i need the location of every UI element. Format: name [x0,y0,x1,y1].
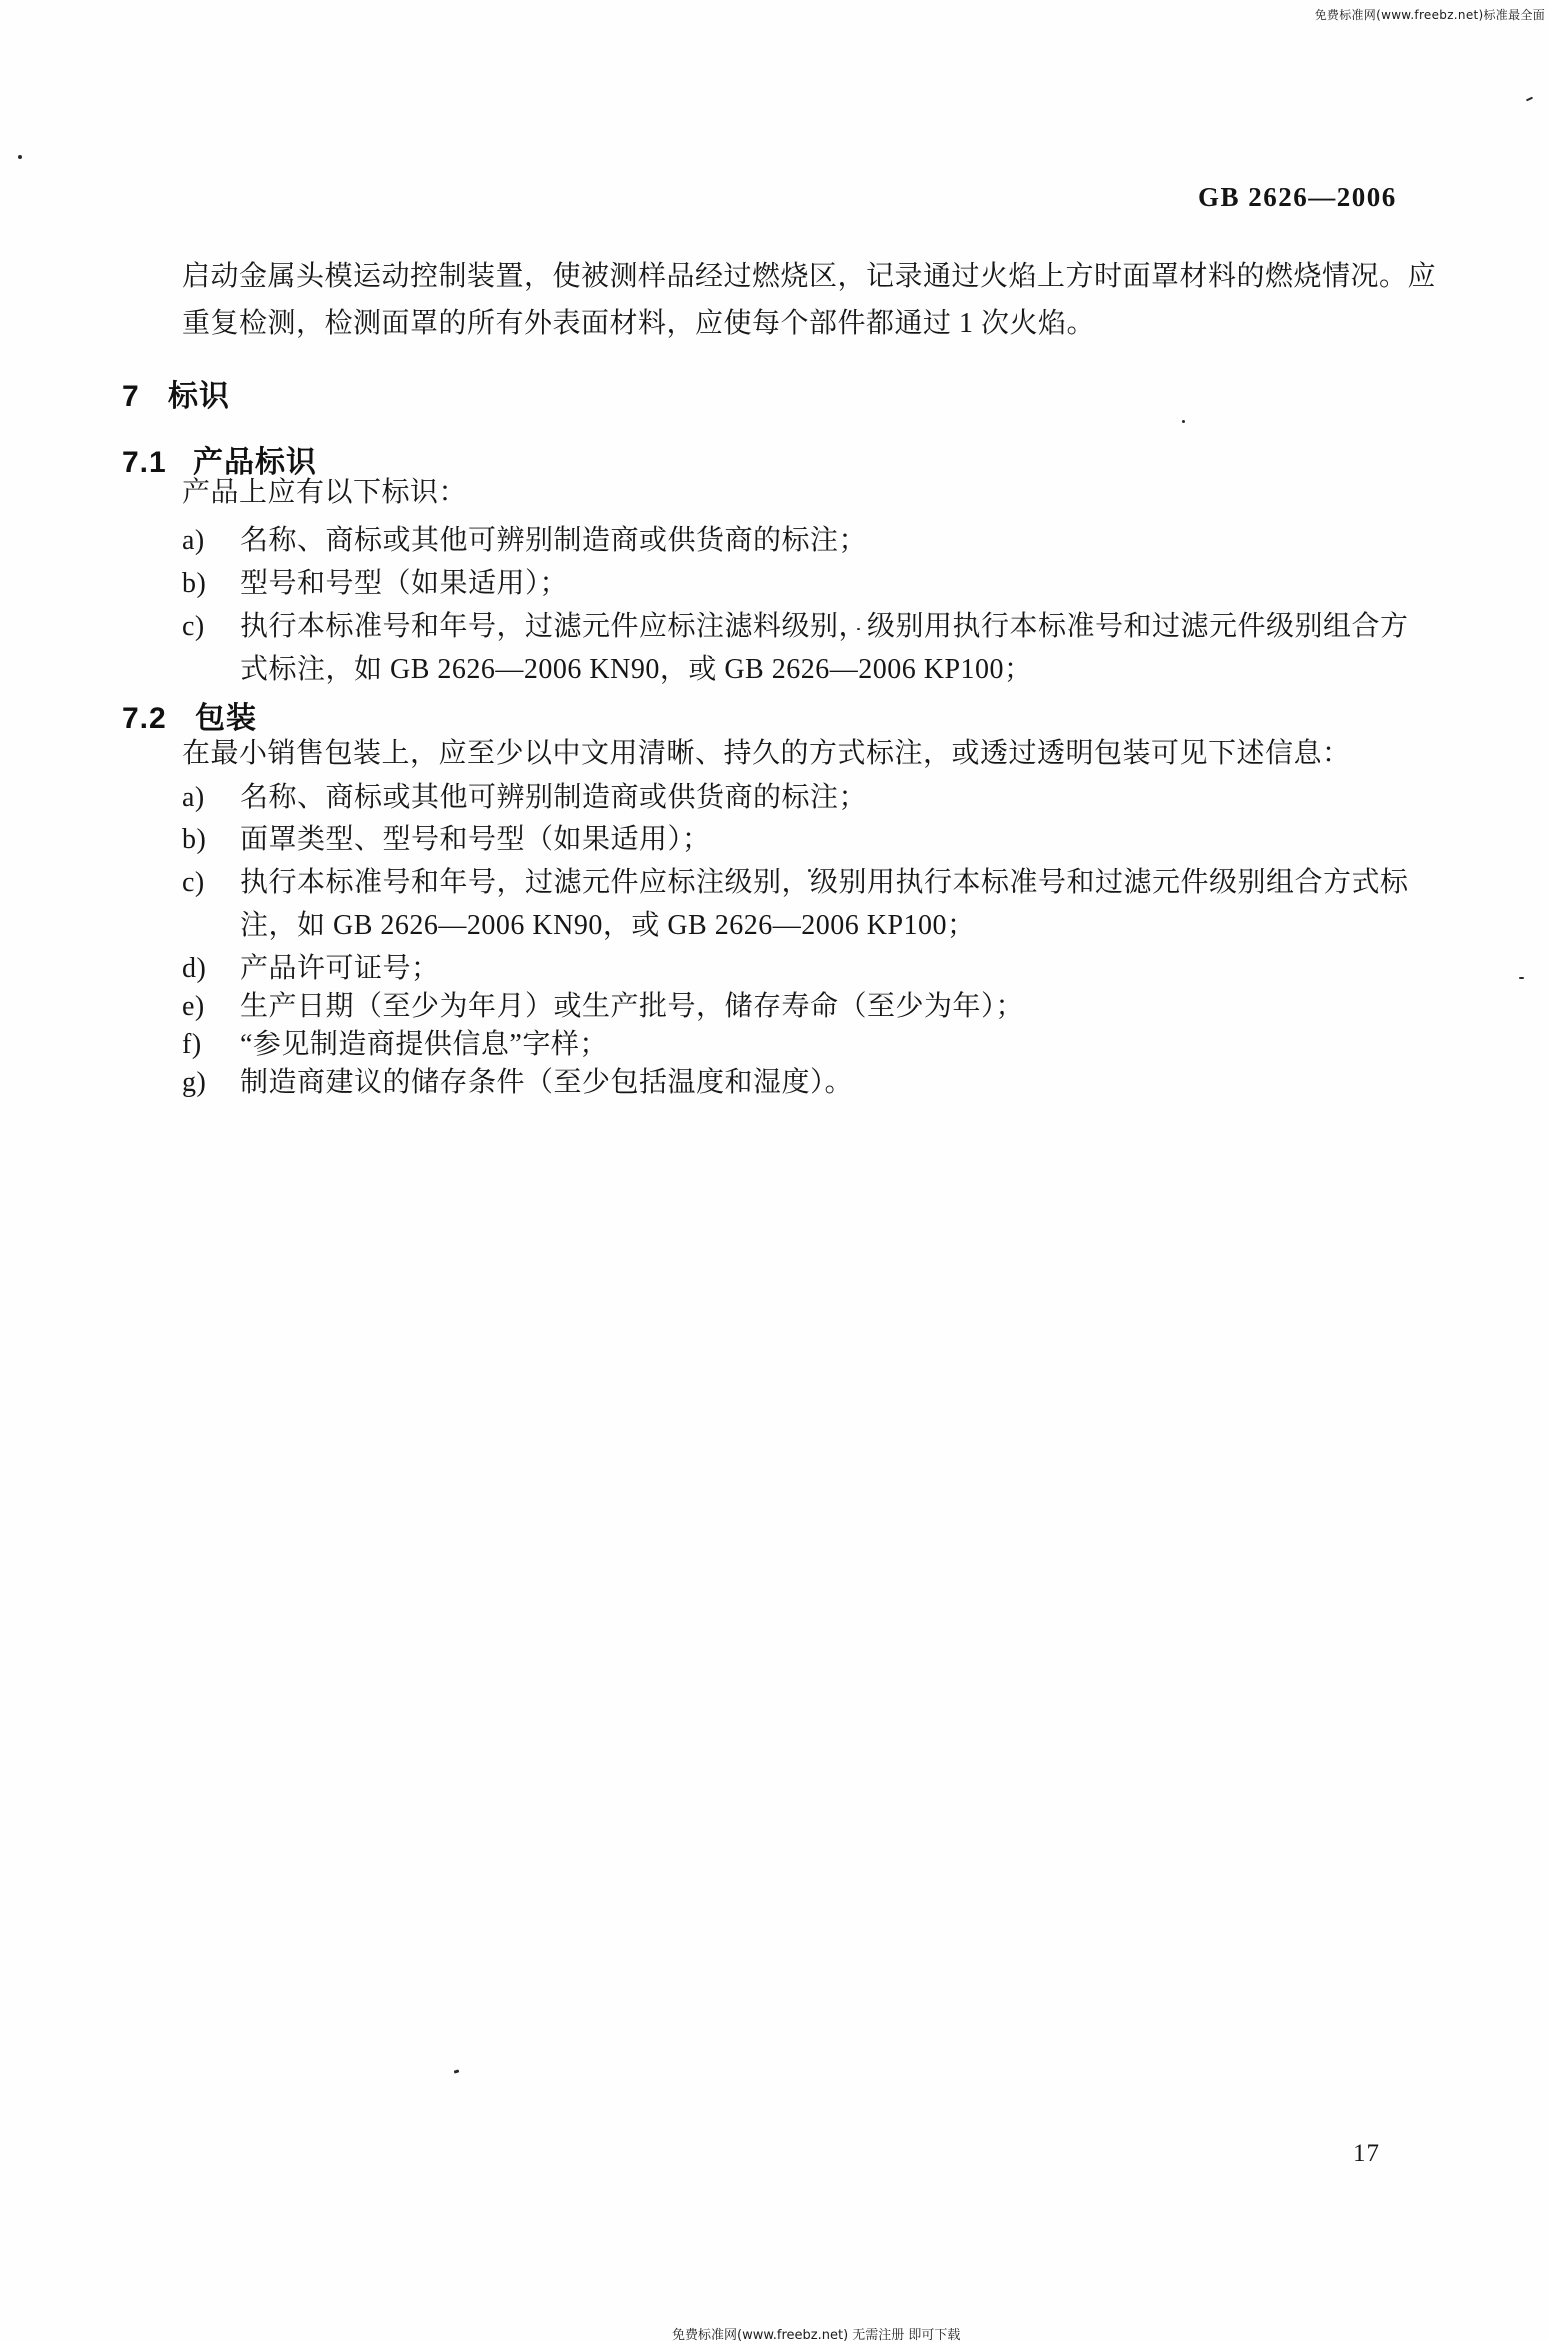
page-number: 17 [1353,2140,1380,2168]
item-label: g) [182,1061,240,1104]
list-item-7-2-d: d) 产品许可证号； [182,947,1444,990]
item-label: a) [182,776,240,819]
item-label: b) [182,562,240,605]
clause-7-2-number: 7.2 [122,702,195,736]
section-7-title: 标识 [168,380,230,413]
item-text: 执行本标准号和年号，过滤元件应标注滤料级别，级别用执行本标准号和过滤元件级别组合… [240,605,1444,648]
item-text: 名称、商标或其他可辨别制造商或供货商的标注； [240,519,1444,562]
list-item-7-2-b: b) 面罩类型、型号和号型（如果适用）； [182,818,1444,861]
item-label: c) [182,605,240,648]
scan-speck [1182,420,1185,423]
scan-speck [454,2069,460,2073]
item-text: “参见制造商提供信息”字样； [240,1023,1444,1066]
scan-speck [1526,97,1533,102]
list-item-7-2-e: e) 生产日期（至少为年月）或生产批号，储存寿命（至少为年）； [182,985,1444,1028]
item-text: 生产日期（至少为年月）或生产批号，储存寿命（至少为年）； [240,985,1444,1028]
doc-number: GB 2626—2006 [1198,182,1397,213]
top-watermark: 免费标准网(www.freebz.net)标准最全面 [1315,6,1545,23]
item-text: 面罩类型、型号和号型（如果适用）； [240,818,1444,861]
list-item-7-1-a: a) 名称、商标或其他可辨别制造商或供货商的标注； [182,519,1444,562]
scan-speck [857,628,860,630]
item-text: 注，如 GB 2626—2006 KN90，或 GB 2626—2006 KP1… [240,904,1444,947]
item-label: d) [182,947,240,990]
item-text: 执行本标准号和年号，过滤元件应标注级别，级别用执行本标准号和过滤元件级别组合方式… [240,861,1444,904]
list-item-7-2-c: c) 执行本标准号和年号，过滤元件应标注级别，级别用执行本标准号和过滤元件级别组… [182,861,1444,947]
item-text: 型号和号型（如果适用）； [240,562,1444,605]
section-7-number: 7 [122,380,168,414]
item-label: e) [182,985,240,1028]
list-item-7-1-c: c) 执行本标准号和年号，过滤元件应标注滤料级别，级别用执行本标准号和过滤元件级… [182,605,1444,691]
list-item-7-2-g: g) 制造商建议的储存条件（至少包括温度和湿度）。 [182,1061,1444,1104]
section-7-heading: 7标识 [122,371,230,415]
item-text: 产品许可证号； [240,947,1444,990]
item-label: f) [182,1023,240,1066]
item-label: c) [182,861,240,904]
scanned-document-page: 免费标准网(www.freebz.net)标准最全面 GB 2626—2006 … [0,0,1549,2341]
clause-7-2-lead: 在最小销售包装上，应至少以中文用清晰、持久的方式标注，或透过透明包装可见下述信息… [182,732,1444,775]
item-text: 名称、商标或其他可辨别制造商或供货商的标注； [240,776,1444,819]
item-text: 制造商建议的储存条件（至少包括温度和湿度）。 [240,1061,1444,1104]
item-label: a) [182,519,240,562]
item-text: 式标注，如 GB 2626—2006 KN90，或 GB 2626—2006 K… [240,648,1444,691]
bottom-watermark: 免费标准网(www.freebz.net) 无需注册 即可下载 [672,2324,960,2341]
clause-7-2-heading: 7.2包装 [122,693,257,737]
intro-paragraph: 启动金属头模运动控制装置，使被测样品经过燃烧区，记录通过火焰上方时面罩材料的燃烧… [182,253,1444,347]
scan-speck [1519,977,1524,979]
clause-7-2-title: 包装 [195,702,257,735]
item-label: b) [182,818,240,861]
clause-7-1-lead: 产品上应有以下标识： [182,471,1444,514]
list-item-7-1-b: b) 型号和号型（如果适用）； [182,562,1444,605]
list-item-7-2-f: f) “参见制造商提供信息”字样； [182,1023,1444,1066]
scan-speck [18,155,22,159]
list-item-7-2-a: a) 名称、商标或其他可辨别制造商或供货商的标注； [182,776,1444,819]
scan-speck [808,869,811,872]
